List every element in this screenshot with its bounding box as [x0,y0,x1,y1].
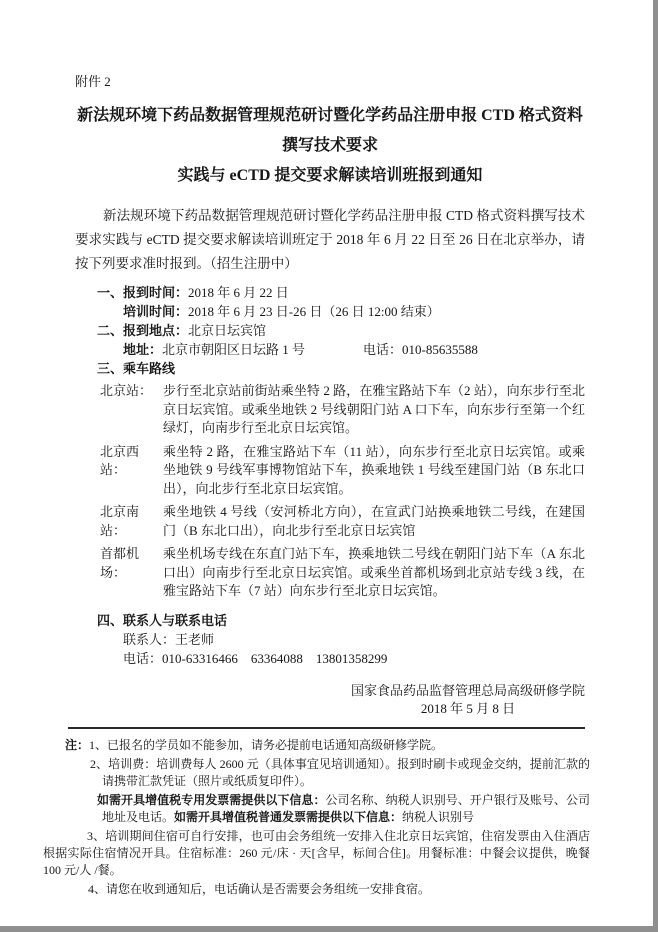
section-contacts: 四、联系人与联系电话 联系人：王老师 电话：010-63316466 63364… [75,611,585,668]
route-row-beijing-south-station: 北京南站： 乘坐地铁 4 号线（安河桥北方向），在宣武门站换乘地铁二号线，在建国… [75,503,585,540]
note-item-1: 注：1、已报名的学员如不能参加，请务必提前电话通知高级研修学院。 [43,737,590,754]
registration-time-label: 一、报到时间： [97,285,188,300]
route-description: 步行至北京站前街站乘坐特 2 路，在雅宝路站下车（2 站），向东步行至北京日坛宾… [163,382,585,438]
registration-place-label: 二、报到地点： [97,323,188,338]
registration-time-value: 2018 年 6 月 22 日 [188,285,289,300]
intro-paragraph: 新法规环境下药品数据管理规范研讨暨化学药品注册申报 CTD 格式资料撰写技术要求… [75,204,585,276]
document-page: 附件 2 新法规环境下药品数据管理规范研讨暨化学药品注册申报 CTD 格式资料撰… [0,0,658,932]
contacts-heading: 四、联系人与联系电话 [75,611,585,630]
training-time-value: 2018 年 6 月 23 日-26 日（26 日 12:00 结束） [188,304,440,319]
contact-person-label: 联系人： [123,632,175,647]
transit-heading: 三、乘车路线 [75,359,585,378]
route-row-capital-airport: 首都机场： 乘坐机场专线在东直门站下车，换乘地铁二号线在朝阳门站下车（A 东北口… [75,545,585,601]
notes-label: 注： [65,738,89,752]
contact-person-line: 联系人：王老师 [75,630,585,649]
contact-phone-value: 010-63316466 63364088 13801358299 [162,651,387,666]
invoice-special-label: 如需开具增值税专用发票需提供以下信息： [97,793,325,807]
address-line: 地址：北京市朝阳区日坛路 1 号 电话：010-85635588 [75,340,585,359]
station-label: 北京西站： [75,443,163,499]
invoice-general-label: 如需开具增值税普通发票需提供以下信息： [174,810,402,824]
note-invoice: 如需开具增值税专用发票需提供以下信息：公司名称、纳税人识别号、开户银行及账号、公… [43,792,590,826]
contact-person-value: 王老师 [175,632,214,647]
document-title-line1: 新法规环境下药品数据管理规范研讨暨化学药品注册申报 CTD 格式资料撰写技术要求 [75,101,585,161]
signature-block: 国家食品药品监督管理总局高级研修学院 2018 年 5 月 8 日 [351,682,585,718]
route-description: 乘坐机场专线在东直门站下车，换乘地铁二号线在朝阳门站下车（A 东北口出）向南步行… [163,545,585,601]
attachment-label: 附件 2 [75,74,585,89]
section-registration-time: 一、报到时间：2018 年 6 月 22 日 培训时间：2018 年 6 月 2… [75,283,585,321]
signature-org: 国家食品药品监督管理总局高级研修学院 [351,682,585,700]
document-title-line2: 实践与 eCTD 提交要求解读培训班报到通知 [75,161,585,191]
note-item-2: 2、培训费：培训费每人 2600 元（具体事宜见培训通知）。报到时刷卡或现金交纳… [43,756,590,790]
address-part: 地址：北京市朝阳区日坛路 1 号 [123,340,305,359]
phone-part: 电话：010-85635588 [363,340,478,359]
signature-date: 2018 年 5 月 8 日 [351,700,585,718]
notes-divider [68,727,585,729]
registration-place-line: 二、报到地点：北京日坛宾馆 [75,321,585,340]
address-label: 地址： [123,342,162,357]
address-value: 北京市朝阳区日坛路 1 号 [162,342,305,357]
route-row-beijing-station: 北京站： 步行至北京站前街站乘坐特 2 路，在雅宝路站下车（2 站），向东步行至… [75,382,585,438]
transit-routes: 北京站： 步行至北京站前街站乘坐特 2 路，在雅宝路站下车（2 站），向东步行至… [75,382,585,601]
invoice-general-text: 纳税人识别号 [402,810,474,824]
station-label: 首都机场： [75,545,163,601]
note-item-4: 4、请您在收到通知后，电话确认是否需要会务组统一安排食宿。 [43,881,590,898]
section-registration-place: 二、报到地点：北京日坛宾馆 地址：北京市朝阳区日坛路 1 号 电话：010-85… [75,321,585,359]
training-time-label: 培训时间： [123,304,188,319]
route-description: 乘坐地铁 4 号线（安河桥北方向），在宣武门站换乘地铁二号线，在建国门（B 东北… [163,503,585,540]
address-phone-gap [305,340,363,359]
route-row-beijing-west-station: 北京西站： 乘坐特 2 路，在雅宝路站下车（11 站），向东步行至北京日坛宾馆。… [75,443,585,499]
station-label: 北京站： [75,382,163,438]
document-title: 新法规环境下药品数据管理规范研讨暨化学药品注册申报 CTD 格式资料撰写技术要求… [75,101,585,191]
training-time-line: 培训时间：2018 年 6 月 23 日-26 日（26 日 12:00 结束） [75,302,585,321]
hotel-phone-value: 010-85635588 [402,342,478,357]
note-1-text: 1、已报名的学员如不能参加，请务必提前电话通知高级研修学院。 [89,738,443,752]
station-label: 北京南站： [75,503,163,540]
document-content: 附件 2 新法规环境下药品数据管理规范研讨暨化学药品注册申报 CTD 格式资料撰… [0,0,653,898]
note-item-3: 3、培训期间住宿可自行安排，也可由会务组统一安排入住北京日坛宾馆，住宿发票由入住… [43,828,590,879]
registration-place-value: 北京日坛宾馆 [188,323,266,338]
registration-time-line: 一、报到时间：2018 年 6 月 22 日 [75,283,585,302]
route-description: 乘坐特 2 路，在雅宝路站下车（11 站），向东步行至北京日坛宾馆。或乘坐地铁 … [163,443,585,499]
notes-block: 注：1、已报名的学员如不能参加，请务必提前电话通知高级研修学院。 2、培训费：培… [43,737,590,898]
contact-phone-line: 电话：010-63316466 63364088 13801358299 [75,649,585,668]
section-transit: 三、乘车路线 北京站： 步行至北京站前街站乘坐特 2 路，在雅宝路站下车（2 站… [75,359,585,601]
contact-phone-label: 电话： [123,651,162,666]
hotel-phone-label: 电话： [363,342,402,357]
